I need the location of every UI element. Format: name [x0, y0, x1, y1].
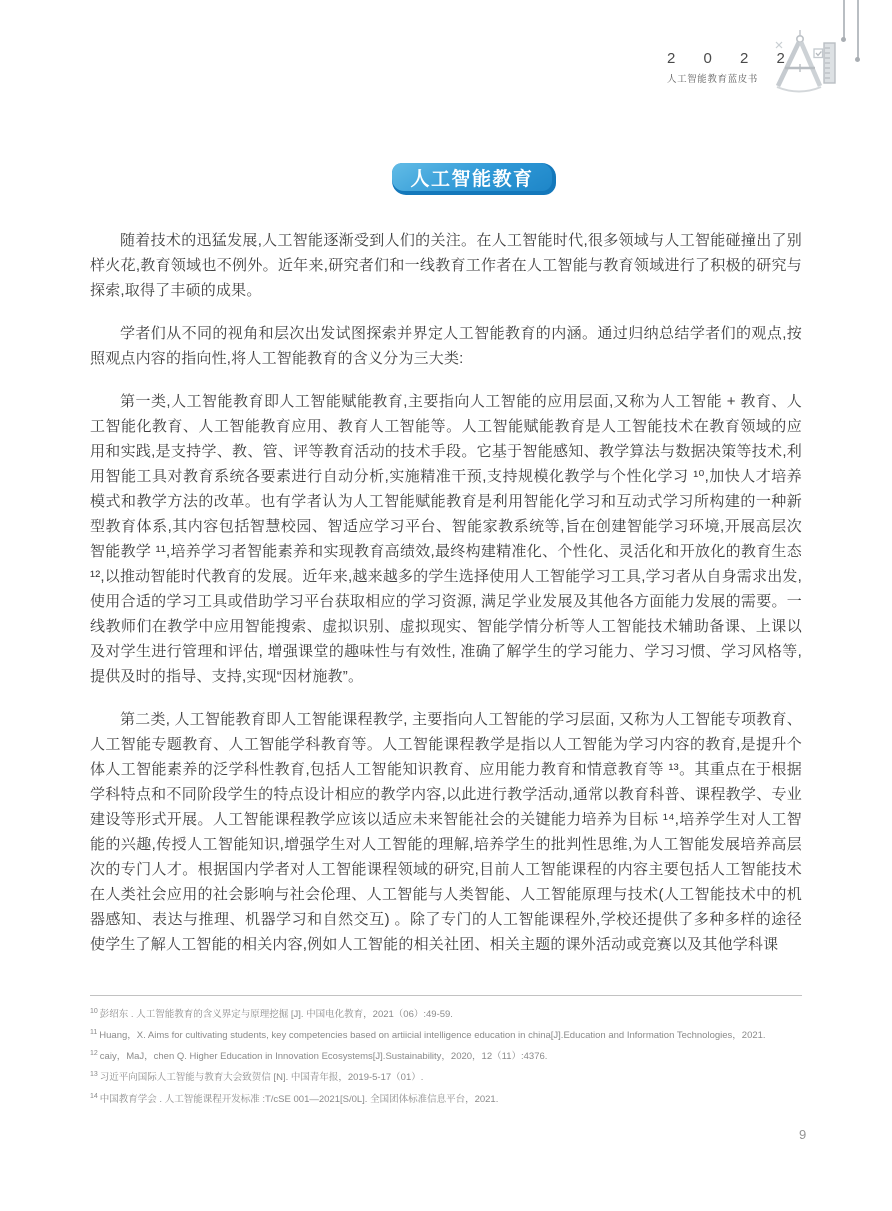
footnote-text: 中国教育学会 . 人工智能课程开发标准 :T/cSE 001—2021[S/0L…: [100, 1094, 499, 1105]
paragraph-category-2: 第二类, 人工智能教育即人工智能课程教学, 主要指向人工智能的学习层面, 又称为…: [90, 707, 802, 957]
plumb-line-icon: [857, 0, 859, 58]
footnote-number: 10: [90, 1008, 98, 1015]
footnote-separator: [90, 995, 802, 996]
section-title-pill: 人工智能教育: [392, 163, 556, 195]
paragraph-category-1: 第一类,人工智能教育即人工智能赋能教育,主要指向人工智能的应用层面,又称为人工智…: [90, 389, 802, 689]
footnote: 13习近平向国际人工智能与教育大会致贺信 [N]. 中国青年报，2019-5-1…: [90, 1069, 850, 1083]
footnote: 12caiy，MaJ，chen Q. Higher Education in I…: [90, 1048, 850, 1062]
footnote-text: 习近平向国际人工智能与教育大会致贺信 [N]. 中国青年报，2019-5-17（…: [100, 1073, 424, 1084]
footnote: 14中国教育学会 . 人工智能课程开发标准 :T/cSE 001—2021[S/…: [90, 1091, 850, 1105]
footnote-number: 14: [90, 1093, 98, 1100]
plumb-dot-icon: [855, 57, 860, 62]
footnote-number: 11: [90, 1029, 97, 1036]
paragraph-overview: 学者们从不同的视角和层次出发试图探索并界定人工智能教育的内涵。通过归纳总结学者们…: [90, 321, 802, 371]
footnotes-block: 10彭绍东 . 人工智能教育的含义界定与原理挖掘 [J]. 中国电化教育，202…: [90, 1006, 850, 1112]
footnote-text: 彭绍东 . 人工智能教育的含义界定与原理挖掘 [J]. 中国电化教育，2021（…: [100, 1009, 453, 1020]
plumb-line-icon: [843, 0, 845, 38]
page-number: 9: [799, 1127, 806, 1142]
plumb-dot-icon: [841, 37, 846, 42]
footnote-text: caiy，MaJ，chen Q. Higher Education in Inn…: [100, 1051, 548, 1062]
footnote-number: 13: [90, 1071, 98, 1078]
footnote-text: Huang，X. Aims for cultivating students, …: [99, 1030, 765, 1041]
ai-compass-ruler-icon: [770, 28, 840, 98]
footnote: 10彭绍东 . 人工智能教育的含义界定与原理挖掘 [J]. 中国电化教育，202…: [90, 1006, 850, 1020]
section-title: 人工智能教育: [410, 164, 533, 191]
footnote: 11Huang，X. Aims for cultivating students…: [90, 1027, 850, 1041]
paragraph-intro: 随着技术的迅猛发展,人工智能逐渐受到人们的关注。在人工智能时代,很多领域与人工智…: [90, 228, 802, 303]
body-text-block: 随着技术的迅猛发展,人工智能逐渐受到人们的关注。在人工智能时代,很多领域与人工智…: [90, 228, 802, 975]
section-title-pill-face: 人工智能教育: [392, 163, 552, 191]
footnote-number: 12: [90, 1050, 98, 1057]
header-book-title: 人工智能教育蓝皮书: [667, 71, 758, 85]
document-page: 2 0 2 2 人工智能教育蓝皮书 人工: [0, 0, 892, 1211]
